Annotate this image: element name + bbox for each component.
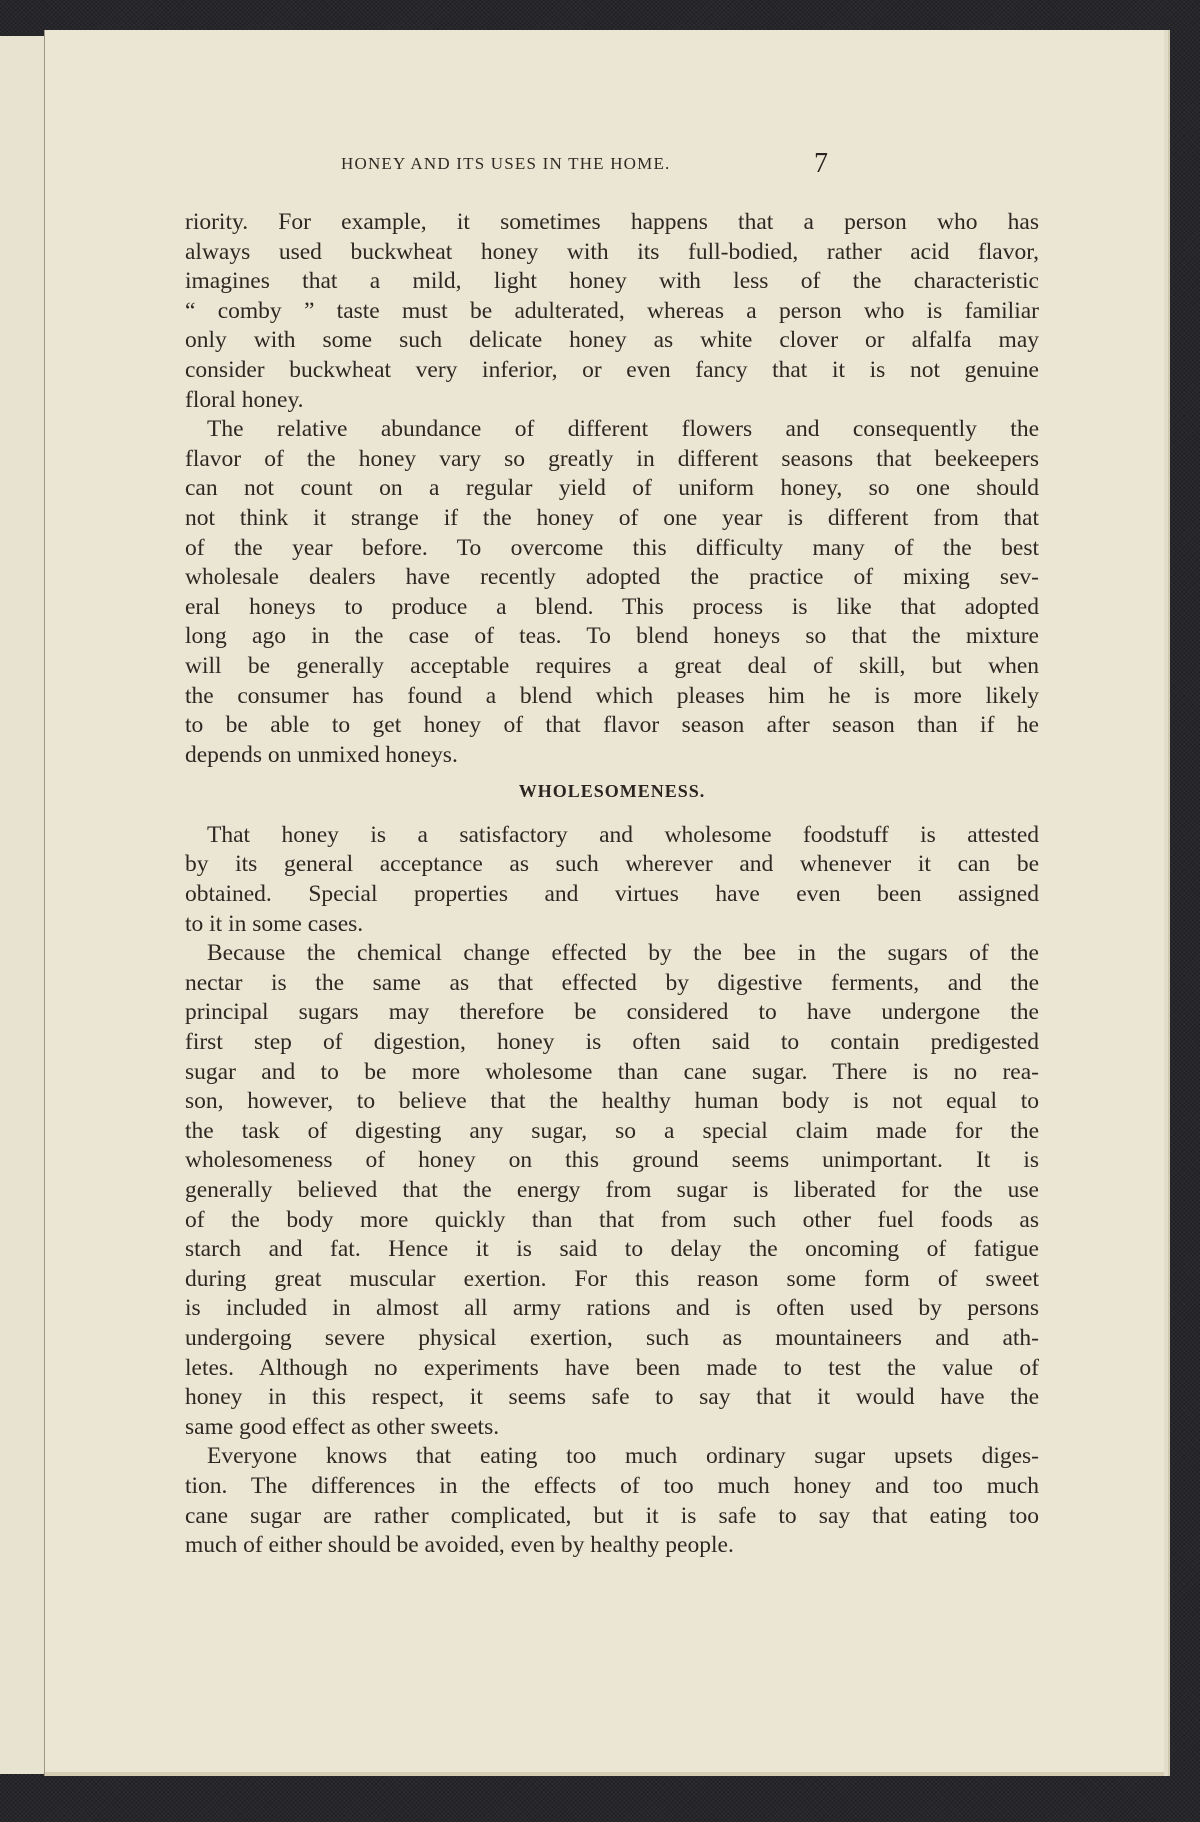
text-line: depends on unmixed honeys. [185,741,1039,771]
text-line: son, however, to believe that the health… [185,1087,1039,1117]
text-line: Because the chemical change effected by … [185,939,1039,969]
paragraph-overeating: Everyone knows that eating too much ordi… [185,1442,1039,1560]
text-line: to it in some cases. [185,910,1039,940]
text-line: undergoing severe physical exertion, suc… [185,1324,1039,1354]
text-line: of the year before. To overcome this dif… [185,534,1039,564]
text-line: first step of digestion, honey is often … [185,1028,1039,1058]
body-text: riority. For example, it sometimes happe… [185,208,1039,1561]
text-line: flavor of the honey vary so greatly in d… [185,445,1039,475]
text-line: by its general acceptance as such wherev… [185,850,1039,880]
paragraph-flavor-variation: The relative abundance of different flow… [185,415,1039,770]
text-line: same good effect as other sweets. [185,1413,1039,1443]
text-line: sugar and to be more wholesome than cane… [185,1058,1039,1088]
text-line: principal sugars may therefore be consid… [185,998,1039,1028]
paragraph-continued: riority. For example, it sometimes happe… [185,208,1039,415]
text-line: eral honeys to produce a blend. This pro… [185,593,1039,623]
text-line: riority. For example, it sometimes happe… [185,208,1039,238]
text-line: can not count on a regular yield of unif… [185,474,1039,504]
text-line: not think it strange if the honey of one… [185,504,1039,534]
text-line: nectar is the same as that effected by d… [185,969,1039,999]
text-line: only with some such delicate honey as wh… [185,326,1039,356]
text-line: wholesale dealers have recently adopted … [185,563,1039,593]
text-line: obtained. Special properties and virtues… [185,880,1039,910]
text-line: wholesomeness of honey on this ground se… [185,1146,1039,1176]
text-line: is included in almost all army rations a… [185,1294,1039,1324]
text-line: letes. Although no experiments have been… [185,1354,1039,1384]
text-line: long ago in the case of teas. To blend h… [185,622,1039,652]
text-line: always used buckwheat honey with its ful… [185,238,1039,268]
text-line: honey in this respect, it seems safe to … [185,1383,1039,1413]
text-line: consider buckwheat very inferior, or eve… [185,356,1039,386]
running-header: HONEY AND ITS USES IN THE HOME. 7 [45,154,1164,184]
text-line: imagines that a mild, light honey with l… [185,267,1039,297]
text-line: of the body more quickly than that from … [185,1206,1039,1236]
text-line: starch and fat. Hence it is said to dela… [185,1235,1039,1265]
text-line: generally believed that the energy from … [185,1176,1039,1206]
text-line: Everyone knows that eating too much ordi… [185,1442,1039,1472]
text-line: cane sugar are rather complicated, but i… [185,1502,1039,1532]
section-heading: WHOLESOMENESS. [185,777,1039,807]
text-line: much of either should be avoided, even b… [185,1531,1039,1561]
text-line: The relative abundance of different flow… [185,415,1039,445]
previous-page-edge [0,36,48,1774]
paragraph-wholesome-foodstuff: That honey is a satisfactory and wholeso… [185,821,1039,939]
book-page: HONEY AND ITS USES IN THE HOME. 7 riorit… [44,30,1164,1776]
running-title: HONEY AND ITS USES IN THE HOME. [341,154,671,174]
text-line: tion. The differences in the effects of … [185,1472,1039,1502]
text-line: the task of digesting any sugar, so a sp… [185,1117,1039,1147]
text-line: the consumer has found a blend which ple… [185,682,1039,712]
text-line: “ comby ” taste must be adulterated, whe… [185,297,1039,327]
paragraph-digestion: Because the chemical change effected by … [185,939,1039,1442]
text-line: That honey is a satisfactory and wholeso… [185,821,1039,851]
text-line: during great muscular exertion. For this… [185,1265,1039,1295]
page-number: 7 [814,148,828,180]
text-line: will be generally acceptable requires a … [185,652,1039,682]
text-line: floral honey. [185,386,1039,416]
text-line: to be able to get honey of that flavor s… [185,711,1039,741]
